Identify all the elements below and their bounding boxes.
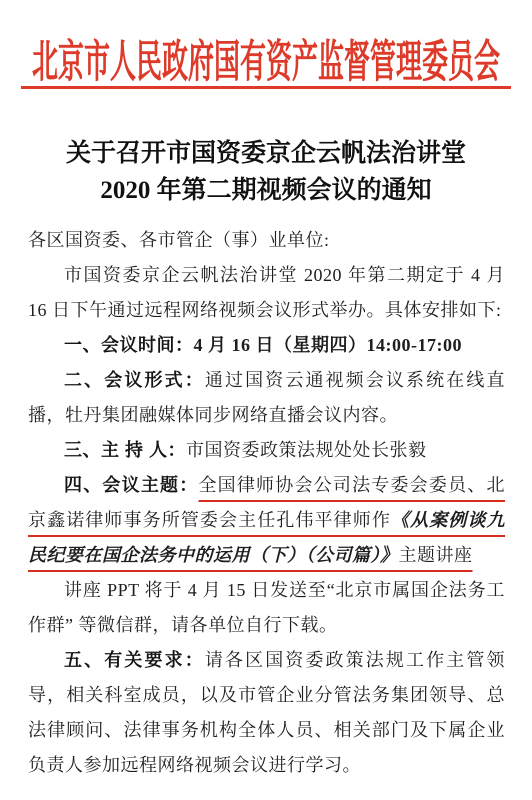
item-1-meeting-time: 一、会议时间：4 月 16 日（星期四）14:00-17:00: [28, 328, 505, 363]
document-title-line2: 2020 年第二期视频会议的通知: [0, 172, 532, 209]
item-5-label: 五、有关要求：: [64, 650, 205, 670]
intro-paragraph: 市国资委京企云帆法治讲堂 2020 年第二期定于 4 月 16 日下午通过远程网…: [28, 258, 505, 328]
salutation: 各区国资委、各市管企（事）业单位:: [28, 223, 505, 258]
item-3-text: 市国资委政策法规处处长张毅: [186, 440, 427, 460]
ppt-download-note: 讲座 PPT 将于 4 月 15 日发送至“北京市属国企法务工作群” 等微信群，…: [28, 573, 505, 643]
item-1-label: 一、会议时间：: [64, 335, 194, 355]
item-1-text: 4 月 16 日（星期四）14:00-17:00: [194, 335, 462, 355]
item-4-label: 四、会议主题：: [64, 475, 198, 495]
letterhead: 北京市人民政府国有资产监督管理委员会: [0, 0, 532, 86]
document-title: 关于召开市国资委京企云帆法治讲堂2020 年第二期视频会议的通知: [0, 135, 532, 209]
item-2-meeting-format: 二、会议形式：通过国资云通视频会议系统在线直播，牡丹集团融媒体同步网络直播会议内…: [28, 363, 505, 433]
document-body: 各区国资委、各市管企（事）业单位: 市国资委京企云帆法治讲堂 2020 年第二期…: [0, 223, 532, 783]
item-4-text-after: 主题讲座: [399, 545, 473, 565]
item-4-meeting-topic: 四、会议主题：全国律师协会公司法专委会委员、北京鑫诺律师事务所管委会主任孔伟平律…: [28, 468, 505, 573]
document-page: 北京市人民政府国有资产监督管理委员会 关于召开市国资委京企云帆法治讲堂2020 …: [0, 0, 532, 800]
letterhead-org-name: 北京市人民政府国有资产监督管理委员会: [32, 27, 500, 90]
item-3-host: 三、主 持 人：市国资委政策法规处处长张毅: [28, 433, 505, 468]
item-2-label: 二、会议形式：: [64, 370, 205, 390]
item-3-label: 三、主 持 人：: [64, 440, 186, 460]
item-5-requirements: 五、有关要求：请各区国资委政策法规工作主管领导，相关科室成员，以及市管企业分管法…: [28, 643, 505, 783]
document-title-line1: 关于召开市国资委京企云帆法治讲堂: [0, 135, 532, 172]
